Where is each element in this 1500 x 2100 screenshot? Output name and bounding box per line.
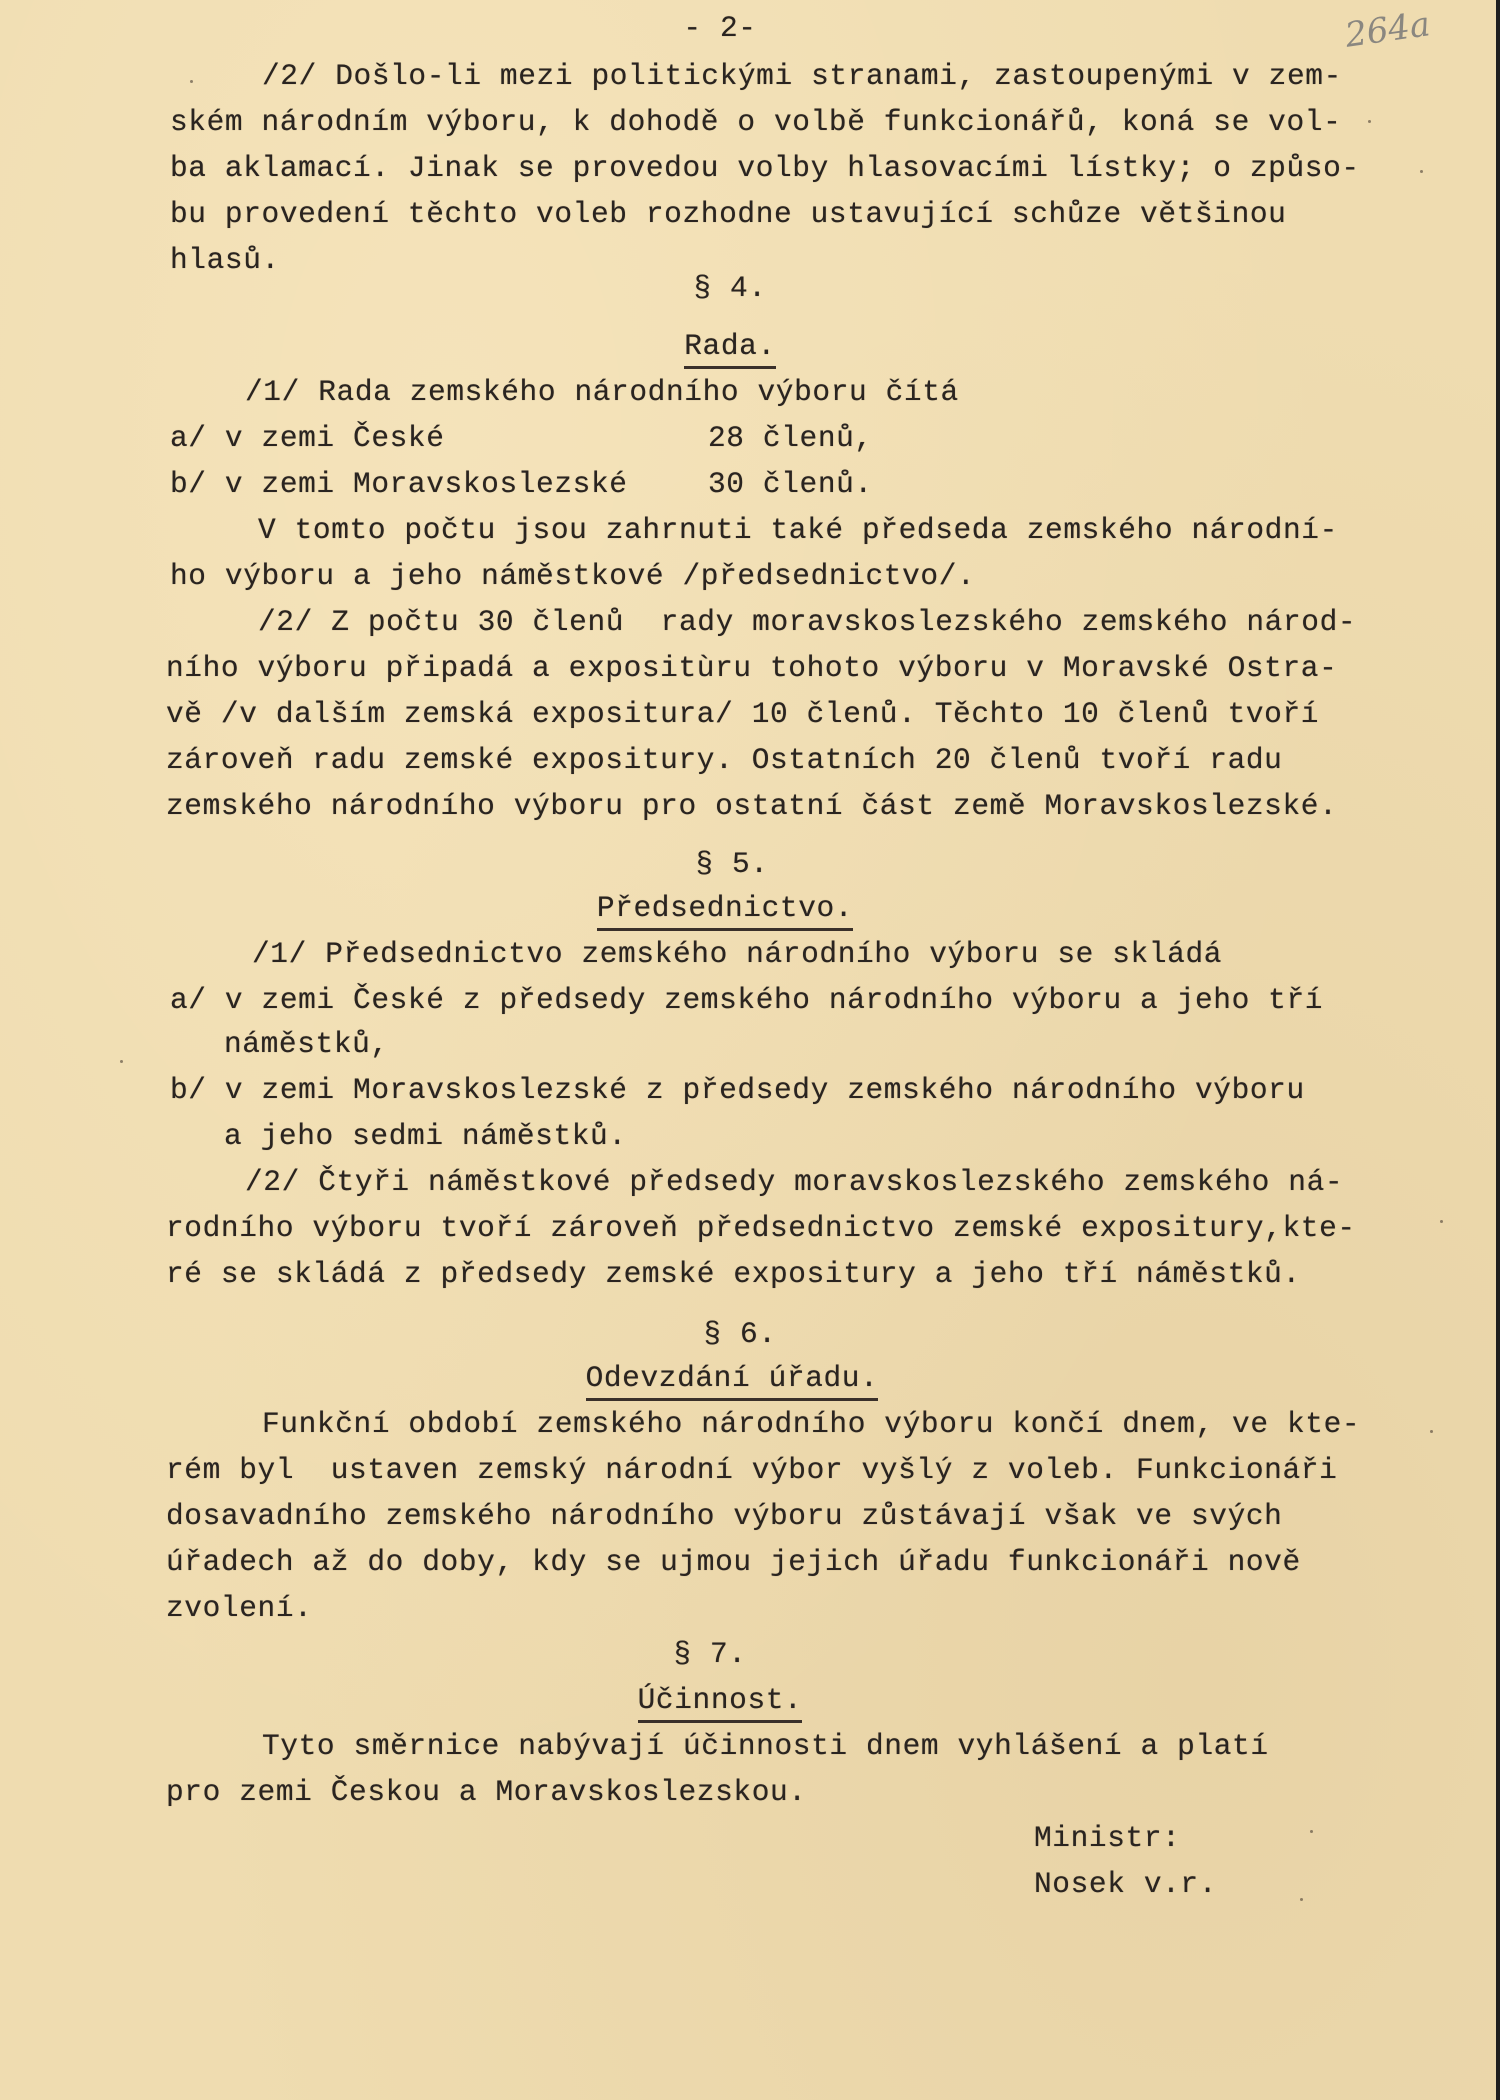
section-title: Předsednictvo. — [0, 894, 1475, 931]
text-line: /1/ Rada zemského národního výboru čítá — [245, 378, 959, 408]
count-members: 28 členů, — [708, 424, 873, 454]
paper-speck — [120, 1060, 123, 1063]
paper-speck — [1310, 1830, 1313, 1833]
text-line: náměstků, — [224, 1030, 389, 1060]
section-title: Odevzdání úřadu. — [0, 1364, 1482, 1401]
text-line: Tyto směrnice nabývají účinnosti dnem vy… — [262, 1732, 1269, 1762]
text-line: ního výboru připadá a expositùru tohoto … — [166, 654, 1337, 684]
text-line: rodního výboru tvoří zároveň předsednict… — [166, 1214, 1356, 1244]
text-line: zemského národního výboru pro ostatní čá… — [166, 792, 1337, 822]
text-line: bu provedení těchto voleb rozhodne ustav… — [170, 200, 1286, 230]
section-title: Účinnost. — [0, 1686, 1470, 1723]
text-line: a/ v zemi České z předsedy zemského náro… — [170, 986, 1323, 1016]
text-line: vě /v dalším zemská expositura/ 10 členů… — [166, 700, 1319, 730]
text-line: ho výboru a jeho náměstkové /předsednict… — [170, 562, 975, 592]
section-number: § 6. — [0, 1320, 1490, 1350]
text-line: ském národním výboru, k dohodě o volbě f… — [170, 108, 1341, 138]
paper-speck — [1368, 120, 1371, 123]
paper-speck — [1440, 1220, 1443, 1223]
document-page: - 2- 264a /2/ Došlo-li mezi politickými … — [0, 0, 1496, 2100]
section-number: § 4. — [0, 274, 1480, 304]
signature-role: Ministr: — [1034, 1824, 1180, 1854]
signature-name: Nosek v.r. — [1034, 1870, 1217, 1900]
text-line: hlasů. — [170, 246, 280, 276]
paper-speck — [1300, 1898, 1303, 1901]
text-line: zároveň radu zemské expositury. Ostatníc… — [166, 746, 1282, 776]
text-line: ré se skládá z předsedy zemské expositur… — [166, 1260, 1301, 1290]
text-line: pro zemi Českou a Moravskoslezskou. — [166, 1778, 807, 1808]
section-number: § 7. — [0, 1640, 1460, 1670]
handwritten-page-annotation: 264a — [1343, 4, 1433, 55]
text-line: dosavadního zemského národního výboru zů… — [166, 1502, 1282, 1532]
text-line: V tomto počtu jsou zahrnuti také předsed… — [258, 516, 1338, 546]
text-line: úřadech až do doby, kdy se ujmou jejich … — [166, 1548, 1301, 1578]
count-region: b/ v zemi Moravskoslezské — [170, 470, 628, 500]
paper-speck — [190, 80, 193, 83]
section-title-text: Účinnost. — [638, 1686, 803, 1723]
text-line: zvolení. — [166, 1594, 312, 1624]
scan-edge — [1496, 0, 1500, 2100]
section-title-text: Rada. — [684, 332, 776, 369]
paper-speck — [1420, 170, 1423, 173]
section-title-text: Předsednictvo. — [597, 894, 853, 931]
page-number: - 2- — [0, 14, 1470, 44]
text-line: /2/ Čtyři náměstkové předsedy moravskosl… — [245, 1168, 1343, 1198]
text-line: b/ v zemi Moravskoslezské z předsedy zem… — [170, 1076, 1305, 1106]
text-line: ba aklamací. Jinak se provedou volby hla… — [170, 154, 1360, 184]
count-region: a/ v zemi České — [170, 424, 445, 454]
section-title-text: Odevzdání úřadu. — [586, 1364, 879, 1401]
text-line: /2/ Z počtu 30 členů rady moravskoslezsk… — [258, 608, 1356, 638]
text-line: a jeho sedmi náměstků. — [224, 1122, 627, 1152]
section-number: § 5. — [0, 850, 1482, 880]
text-line: Funkční období zemského národního výboru… — [262, 1410, 1360, 1440]
text-line: rém byl ustaven zemský národní výbor vyš… — [166, 1456, 1337, 1486]
text-line: /2/ Došlo-li mezi politickými stranami, … — [262, 62, 1342, 92]
section-title: Rada. — [0, 332, 1480, 369]
text-line: /1/ Předsednictvo zemského národního výb… — [252, 940, 1222, 970]
paper-speck — [1430, 1430, 1433, 1433]
count-members: 30 členů. — [708, 470, 873, 500]
